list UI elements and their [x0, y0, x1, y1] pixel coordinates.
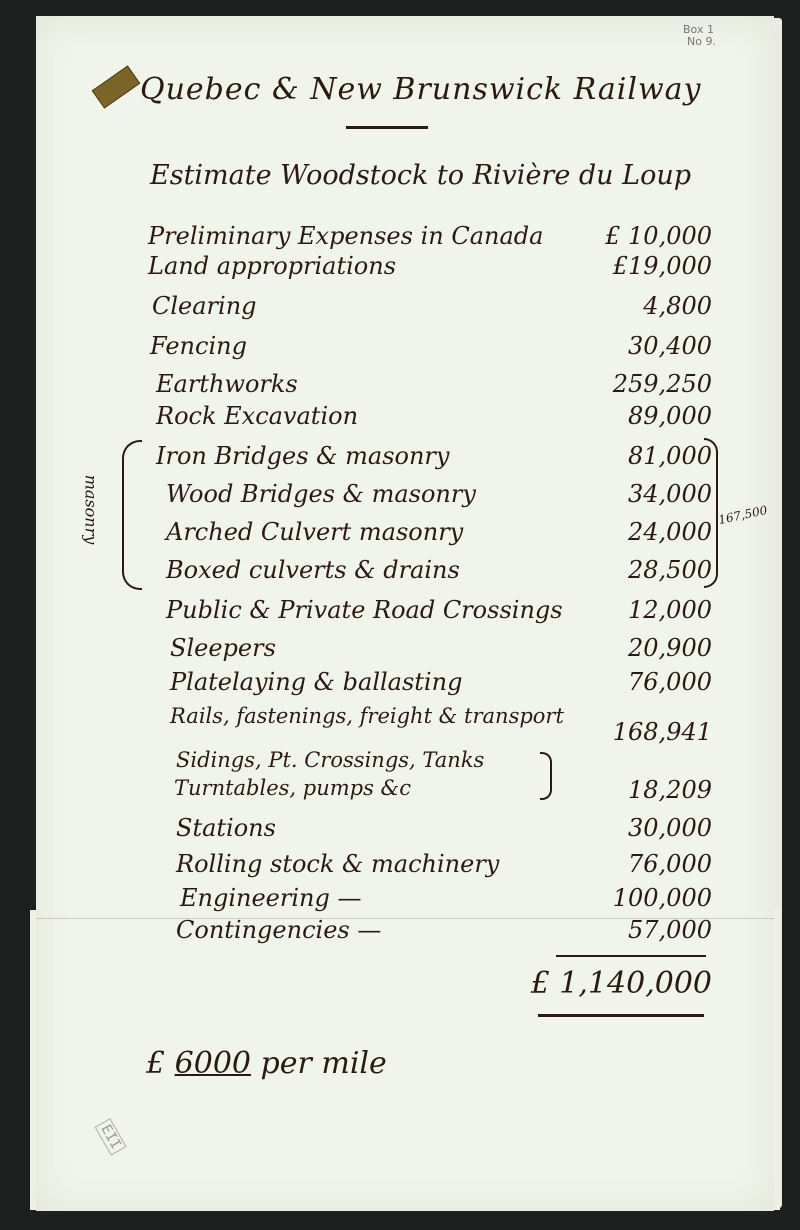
item-label: Engineering — — [180, 884, 361, 912]
item-amount: 168,941 — [613, 718, 712, 746]
item-label: Iron Bridges & masonry — [156, 442, 449, 470]
item-amount: 76,000 — [628, 850, 712, 878]
list-item: Contingencies — 57,000 — [0, 916, 800, 950]
small-brace-icon — [540, 752, 552, 800]
item-amount: £ 10,000 — [605, 222, 712, 250]
item-label: Clearing — [152, 292, 257, 320]
item-amount: 28,500 — [628, 556, 712, 584]
item-label: Preliminary Expenses in Canada — [148, 222, 543, 250]
archival-note: Box 1 No 9. — [683, 24, 716, 48]
archival-number: No 9. — [683, 36, 716, 48]
item-amount: 76,000 — [628, 668, 712, 696]
document-title: Quebec & New Brunswick Railway — [140, 72, 702, 107]
document-subtitle: Estimate Woodstock to Rivière du Loup — [150, 160, 691, 191]
item-label: Boxed culverts & drains — [166, 556, 460, 584]
list-item-amount: 168,941 — [0, 718, 800, 752]
item-amount: 12,000 — [628, 596, 712, 624]
item-label: Turntables, pumps &c — [174, 776, 411, 800]
item-amount: 30,000 — [628, 814, 712, 842]
item-amount: 57,000 — [628, 916, 712, 944]
currency-symbol: £ — [146, 1046, 165, 1081]
list-item: Rolling stock & machinery 76,000 — [0, 850, 800, 884]
item-label: Fencing — [150, 332, 247, 360]
right-brace-icon — [704, 438, 718, 588]
item-label: Earthworks — [156, 370, 298, 398]
left-brace-icon — [122, 440, 142, 590]
per-mile-label: per mile — [261, 1046, 387, 1081]
item-amount: 30,400 — [628, 332, 712, 360]
list-item: Earthworks 259,250 — [0, 370, 800, 404]
list-item: Engineering — 100,000 — [0, 884, 800, 918]
item-label: Sleepers — [170, 634, 276, 662]
item-amount: 20,900 — [628, 634, 712, 662]
margin-note: masonry — [81, 475, 100, 545]
list-item: Boxed culverts & drains 28,500 — [0, 556, 800, 590]
list-item: Fencing 30,400 — [0, 332, 800, 366]
sum-line — [556, 955, 706, 957]
item-amount: 89,000 — [628, 402, 712, 430]
item-amount: 81,000 — [628, 442, 712, 470]
list-item: Sleepers 20,900 — [0, 634, 800, 668]
item-amount: 259,250 — [613, 370, 712, 398]
item-label: Land appropriations — [148, 252, 396, 280]
item-label: Wood Bridges & masonry — [166, 480, 476, 508]
per-mile-note: £ 6000 per mile — [146, 1046, 387, 1081]
list-item: Wood Bridges & masonry 34,000 — [0, 480, 800, 514]
item-label: Rolling stock & machinery — [176, 850, 499, 878]
total-underline — [538, 1014, 704, 1017]
grand-total: £ 1,140,000 — [531, 966, 712, 1001]
list-item: Stations 30,000 — [0, 814, 800, 848]
item-amount: 100,000 — [613, 884, 712, 912]
per-mile-amount: 6000 — [175, 1046, 251, 1081]
item-amount: 4,800 — [643, 292, 712, 320]
title-underline — [346, 126, 428, 129]
item-label: Sidings, Pt. Crossings, Tanks — [176, 748, 484, 772]
list-item: Platelaying & ballasting 76,000 — [0, 668, 800, 702]
item-amount: 24,000 — [628, 518, 712, 546]
list-item: Arched Culvert masonry 24,000 — [0, 518, 800, 552]
list-item: Land appropriations £19,000 — [0, 252, 800, 286]
list-item: Rock Excavation 89,000 — [0, 402, 800, 436]
item-amount: 34,000 — [628, 480, 712, 508]
item-label: Arched Culvert masonry — [166, 518, 463, 546]
list-item: Preliminary Expenses in Canada £ 10,000 — [0, 222, 800, 256]
item-amount: £19,000 — [613, 252, 712, 280]
item-label: Stations — [176, 814, 276, 842]
item-amount: 18,209 — [628, 776, 712, 804]
item-label: Contingencies — — [176, 916, 381, 944]
list-item: Public & Private Road Crossings 12,000 — [0, 596, 800, 630]
list-item: Turntables, pumps &c 18,209 — [0, 776, 800, 810]
item-label: Public & Private Road Crossings — [166, 596, 563, 624]
item-label: Platelaying & ballasting — [170, 668, 462, 696]
item-label: Rock Excavation — [156, 402, 358, 430]
list-item: Clearing 4,800 — [0, 292, 800, 326]
list-item: Iron Bridges & masonry 81,000 — [0, 442, 800, 476]
